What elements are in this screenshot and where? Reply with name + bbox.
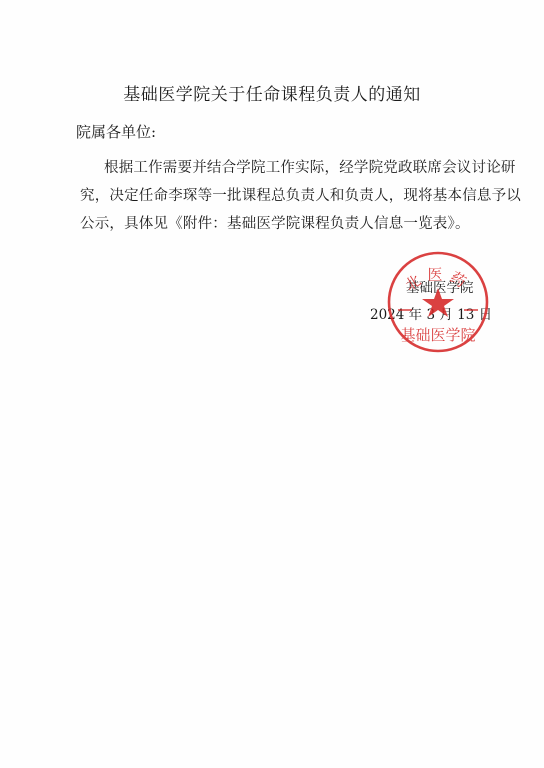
salutation: 院属各单位: bbox=[76, 121, 156, 142]
document-page: 基础医学院关于任命课程负责人的通知 院属各单位: 根据工作需要并结合学院工作实际… bbox=[0, 0, 544, 768]
official-seal-icon: 北医药 基础医学院 bbox=[386, 250, 490, 354]
signature-date: 2024 年 3 月 13 日 bbox=[370, 303, 492, 323]
body-line-2: 究，决定任命李琛等一批课程总负责人和负责人，现将基本信息予以 bbox=[80, 184, 521, 205]
signature-organization: 基础医学院 bbox=[406, 276, 474, 296]
seal-bottom-text: 基础医学院 bbox=[400, 326, 475, 344]
body-line-1: 根据工作需要并结合学院工作实际，经学院党政联席会议讨论研 bbox=[104, 156, 516, 177]
document-title: 基础医学院关于任命课程负责人的通知 bbox=[0, 80, 544, 105]
body-line-3: 公示，具体见《附件：基础医学院课程负责人信息一览表》。 bbox=[80, 212, 470, 233]
